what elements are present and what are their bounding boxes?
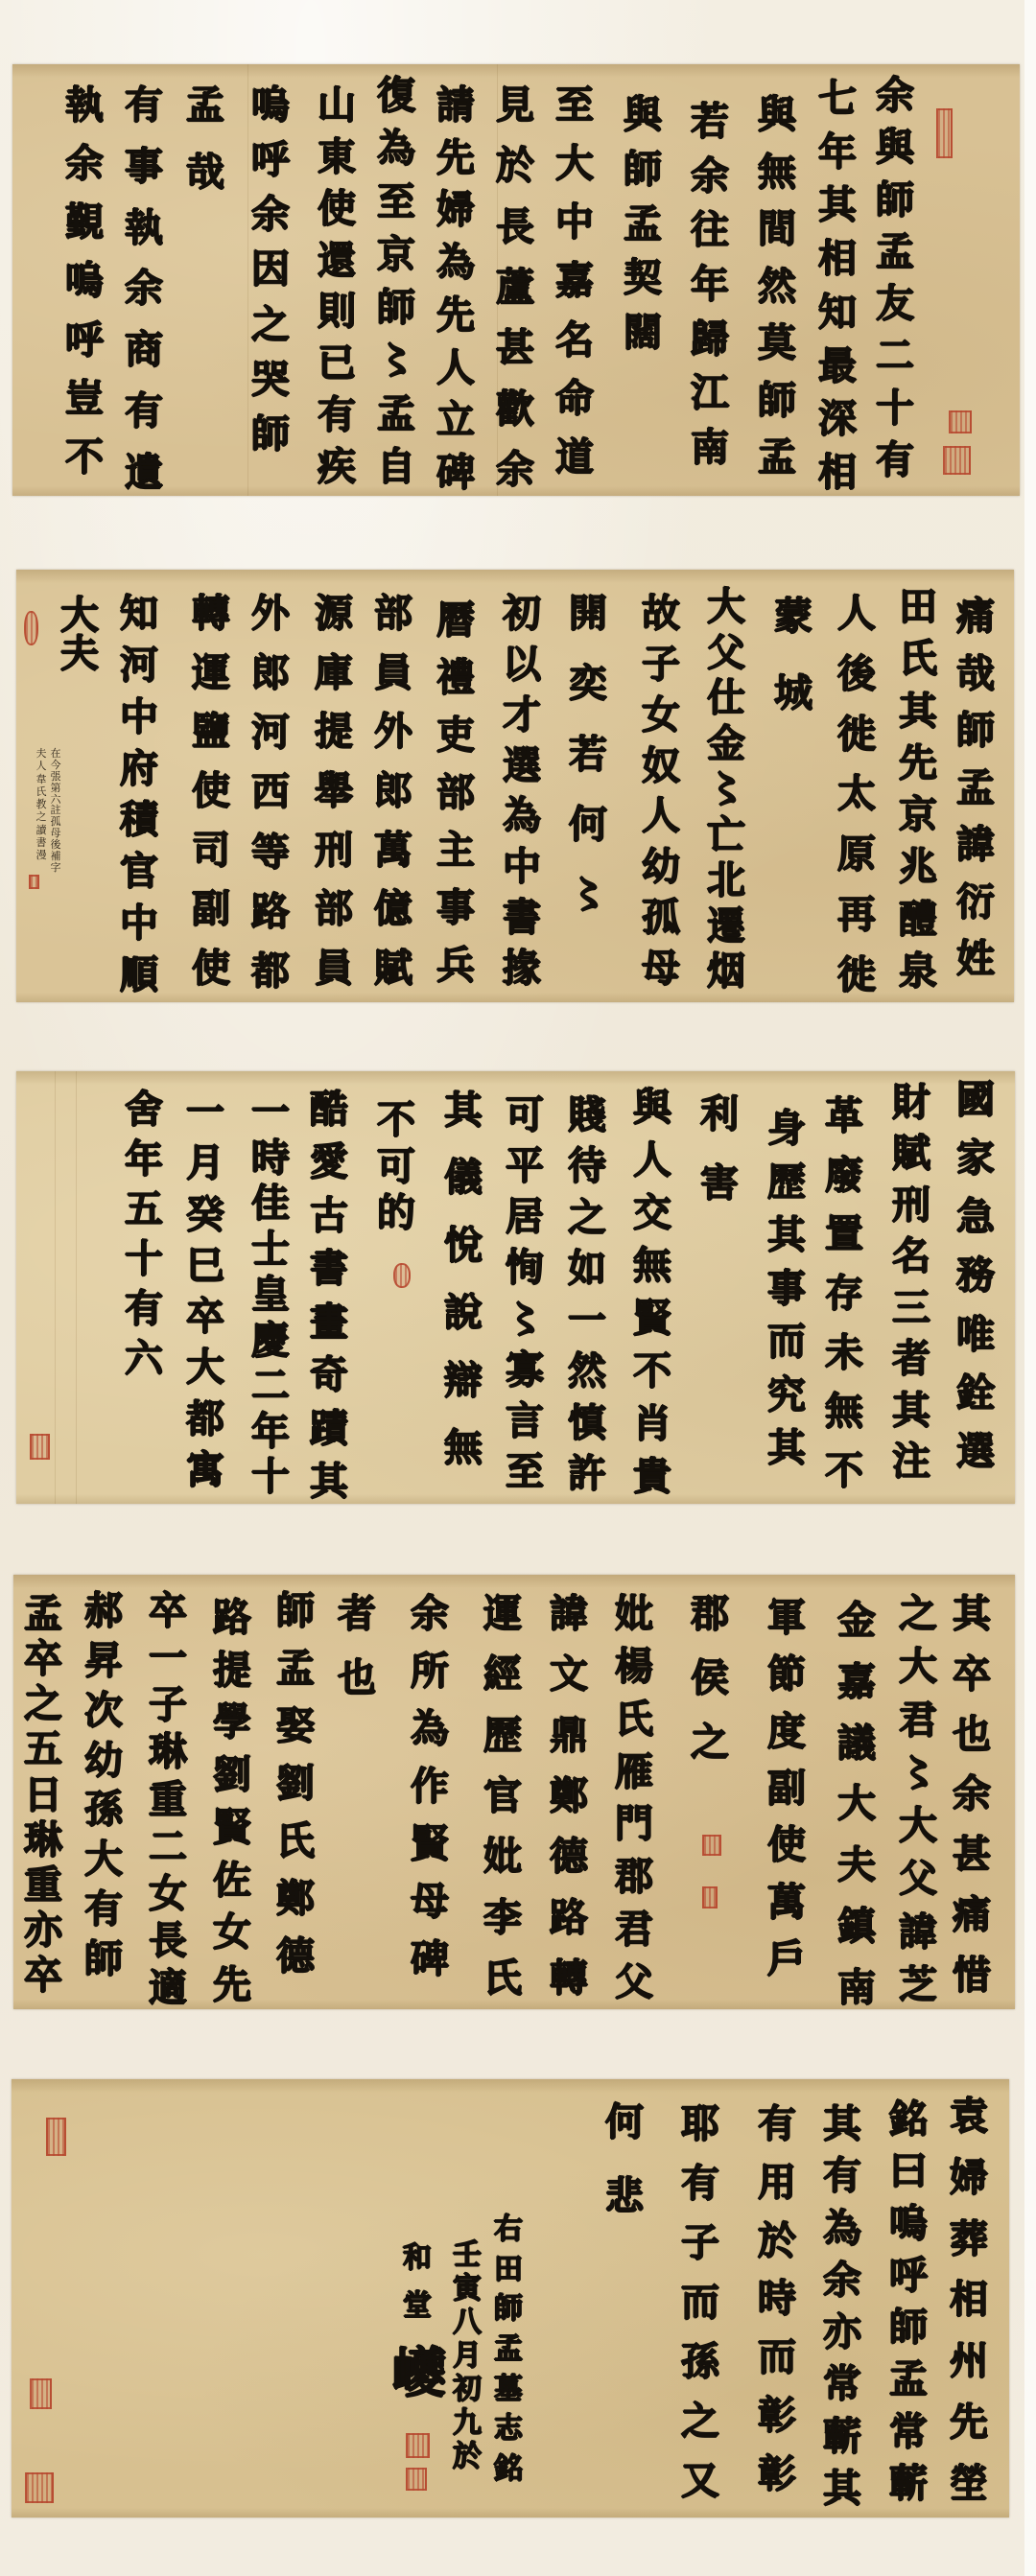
glyph: 戶 (767, 1940, 806, 1979)
glyph: 六 (51, 794, 61, 805)
annotation-column: 夫人韋氏教之讀書漫 (34, 748, 49, 860)
glyph: 人 (436, 349, 475, 387)
glyph: 孟 (889, 2360, 928, 2399)
glyph: 都 (186, 1400, 224, 1439)
glyph: 辯 (444, 1362, 483, 1400)
glyph: 師 (84, 1940, 123, 1979)
glyph: 嗚 (251, 86, 290, 125)
glyph: 於 (496, 147, 534, 185)
glyph: 曰 (889, 2152, 928, 2190)
text-column: 大父仕金〻亡北遷烟 (702, 588, 750, 991)
text-column: 賤待之如一然慎許 (563, 1096, 611, 1493)
glyph: 中 (555, 203, 594, 242)
glyph: 官 (120, 853, 158, 891)
text-column: 可平居恂〻寡言至 (501, 1096, 549, 1491)
glyph: 氏 (899, 640, 937, 678)
seal-stamp-icon (406, 2468, 427, 2491)
text-column: 痛哉師孟諱衍姓 (952, 597, 1000, 978)
glyph: 置 (825, 1215, 863, 1253)
glyph: 君 (899, 1701, 937, 1740)
glyph: 銘 (494, 2455, 523, 2484)
glyph: 亦 (823, 2313, 861, 2352)
colophon-line: 和堂 (400, 2244, 435, 2321)
glyph: 婦 (950, 2159, 988, 2197)
glyph: 甚 (953, 1836, 991, 1874)
glyph: 孟 (24, 1595, 62, 1633)
glyph: 人 (633, 1141, 671, 1180)
glyph: 萬 (374, 831, 412, 870)
glyph: 今 (51, 760, 61, 770)
glyph: 外 (251, 595, 290, 633)
glyph: 舉 (315, 772, 353, 810)
glyph: 其 (823, 2105, 861, 2143)
glyph: 孫 (84, 1791, 123, 1829)
glyph: 故 (642, 595, 680, 633)
glyph: 中 (120, 904, 158, 943)
glyph: 郡 (691, 1595, 729, 1633)
glyph: 佐 (213, 1862, 251, 1900)
text-column: 其儀悅說辯無 (439, 1091, 487, 1467)
glyph: 請 (436, 86, 475, 125)
glyph: 然 (758, 268, 796, 306)
glyph: 平 (506, 1147, 544, 1185)
glyph: 使 (192, 772, 230, 810)
glyph: 重 (149, 1781, 187, 1819)
glyph: 而 (758, 2338, 796, 2377)
text-column: 諱文鼎鄭德路轉 (545, 1595, 593, 1998)
glyph: 五 (125, 1190, 163, 1229)
glyph: 墓 (494, 2376, 523, 2404)
glyph: 部 (436, 774, 475, 812)
glyph: 還 (318, 242, 356, 280)
glyph: 在 (51, 748, 61, 759)
glyph: 仕 (707, 679, 745, 717)
glyph: 因 (251, 250, 290, 289)
glyph: 姓 (956, 940, 995, 978)
text-column: 身歷其事而究其 (763, 1110, 811, 1467)
glyph: 億 (374, 890, 412, 928)
glyph: 父 (615, 1963, 653, 2002)
glyph: 其 (953, 1595, 991, 1633)
text-column: 運經歷官妣李氏 (479, 1595, 527, 1998)
glyph: 言 (506, 1402, 544, 1440)
glyph: 商 (125, 331, 163, 369)
glyph: 〻 (506, 1300, 544, 1339)
glyph: 註 (51, 805, 61, 815)
glyph: 有 (681, 2165, 719, 2203)
glyph: 人 (642, 797, 680, 835)
text-column: 者也 (333, 1595, 381, 1698)
glyph: 兆 (899, 848, 937, 886)
glyph: 與 (758, 96, 796, 134)
glyph: 妣 (483, 1838, 522, 1876)
glyph: 妣 (615, 1595, 653, 1633)
glyph: 不 (825, 1452, 863, 1490)
glyph: 經 (483, 1655, 522, 1694)
glyph: 奇 (310, 1356, 348, 1394)
glyph: 楊 (615, 1648, 653, 1686)
glyph: 氏 (36, 786, 47, 797)
glyph: 轉 (550, 1959, 588, 1998)
text-column: 初以才選為中書掾 (498, 595, 546, 988)
glyph: 有 (758, 2105, 796, 2143)
glyph: 何 (605, 2103, 644, 2142)
glyph: 〻 (707, 770, 745, 808)
glyph: 先 (436, 296, 475, 335)
glyph: 於 (758, 2222, 796, 2260)
glyph: 大 (186, 1348, 224, 1387)
glyph: 務 (956, 1256, 995, 1295)
glyph: 其 (310, 1463, 348, 1501)
glyph: 孟 (758, 438, 796, 477)
scroll-panel-4: 其卒也余甚痛惜 之大君〻大父諱芝 金嘉議大夫鎮南 軍節度副使萬戶 郡侯之 妣楊氏… (13, 1575, 1015, 2009)
glyph: 十 (125, 1240, 163, 1278)
text-column: 山東使還則已有疾 (313, 86, 361, 486)
glyph: 再 (837, 896, 876, 934)
glyph: 補 (51, 851, 61, 861)
glyph: 其 (767, 1429, 806, 1467)
glyph: 為 (503, 797, 541, 835)
glyph: 碑 (411, 1940, 449, 1979)
glyph: 州 (950, 2342, 988, 2380)
glyph: 部 (315, 890, 353, 928)
glyph: 若 (691, 103, 729, 141)
text-column: 若余往年歸江南 (686, 103, 734, 467)
glyph: 選 (956, 1433, 995, 1471)
scroll-panel-1: 余與師孟友二十有 七年其相知最深相 與無間然莫師孟 若余往年歸江南 與師孟契闊 … (12, 64, 1020, 496)
glyph: 司 (192, 831, 230, 870)
glyph: 急 (956, 1198, 995, 1236)
text-column: 財賦刑名三者其注 (887, 1084, 935, 1481)
text-column: 酷愛古書畫奇蹟其 (305, 1090, 353, 1501)
glyph: 儀 (444, 1159, 483, 1197)
glyph: 教 (36, 799, 47, 809)
glyph: 先 (436, 139, 475, 177)
glyph: 鎮 (837, 1908, 876, 1946)
glyph: 最 (818, 347, 857, 386)
glyph: 有 (125, 1290, 163, 1328)
glyph: 蘆 (496, 269, 534, 307)
glyph: 太 (837, 775, 876, 813)
glyph: 人 (36, 761, 47, 771)
text-column: 復為至京師〻孟自 (372, 77, 420, 486)
glyph: 待 (568, 1147, 606, 1185)
glyph: 江 (691, 374, 729, 412)
glyph: 亡 (707, 816, 745, 855)
glyph: 員 (374, 654, 412, 692)
glyph: 賢 (213, 1809, 251, 1847)
glyph: 其 (767, 1216, 806, 1254)
glyph: 恂 (506, 1249, 544, 1287)
glyph: 事 (436, 889, 475, 927)
glyph: 碑 (436, 454, 475, 492)
glyph: 不 (377, 1101, 415, 1139)
glyph: 中 (120, 698, 158, 737)
glyph: 銘 (889, 2100, 928, 2139)
glyph: 一 (251, 1093, 290, 1132)
text-column: 孟哉 (181, 86, 229, 192)
glyph: 豈 (65, 380, 104, 418)
glyph: 南 (691, 429, 729, 467)
glyph: 卒 (24, 1640, 62, 1678)
glyph: 哭 (251, 361, 290, 399)
text-column: 開奕若何〻 (564, 595, 612, 914)
glyph: 鄭 (276, 1880, 315, 1918)
glyph: 書 (36, 837, 47, 848)
glyph: 余 (411, 1595, 449, 1633)
glyph: 大 (707, 588, 745, 626)
glyph: 琳 (24, 1821, 62, 1860)
glyph: 財 (892, 1084, 930, 1122)
glyph: 雁 (615, 1753, 653, 1791)
glyph: 第 (51, 783, 61, 793)
glyph: 員 (315, 949, 353, 988)
glyph: 郡 (615, 1858, 653, 1896)
glyph: 重 (24, 1866, 62, 1905)
glyph: 相 (950, 2281, 988, 2319)
glyph: 年 (125, 1140, 163, 1179)
glyph: 漫 (36, 850, 47, 860)
glyph: 相 (818, 240, 857, 278)
glyph: 以 (503, 645, 541, 684)
glyph: 二 (149, 1828, 187, 1866)
glyph: 夫 (36, 748, 47, 759)
glyph: 之 (899, 1595, 937, 1633)
glyph: 路 (213, 1599, 251, 1637)
glyph: 開 (569, 595, 607, 633)
glyph: 巙 (392, 2347, 446, 2400)
glyph: 河 (120, 646, 158, 685)
glyph: 至 (377, 183, 415, 222)
glyph: 時 (251, 1139, 290, 1178)
glyph: 孤 (51, 816, 61, 827)
glyph: 也 (338, 1659, 376, 1698)
glyph: 余 (496, 451, 534, 489)
glyph: 無 (444, 1429, 483, 1467)
annotation-column: 在今張第六註孤母後補字 (48, 748, 63, 873)
glyph: 悲 (605, 2177, 644, 2215)
glyph: 幼 (84, 1742, 123, 1780)
glyph: 先 (950, 2403, 988, 2442)
glyph: 酷 (310, 1090, 348, 1129)
seal-stamp-icon (943, 446, 971, 475)
glyph: 所 (411, 1652, 449, 1691)
glyph: 其 (899, 692, 937, 731)
glyph: 卒 (953, 1655, 991, 1694)
glyph: 字 (51, 862, 61, 873)
glyph: 究 (767, 1376, 806, 1415)
text-column: 人後徙太原再徙 (833, 595, 881, 995)
glyph: 西 (251, 773, 290, 811)
text-column: 與人交無賢不肖貴 (628, 1089, 676, 1496)
text-column: 卒一子琳重二女長適 (144, 1592, 192, 2007)
glyph: 之 (691, 1723, 729, 1762)
glyph: 蘄 (823, 2418, 861, 2456)
glyph: 國 (956, 1081, 995, 1119)
seal-stamp-icon (30, 1434, 50, 1460)
glyph: 說 (444, 1294, 483, 1332)
glyph: 名 (555, 321, 594, 360)
glyph: 外 (374, 713, 412, 751)
glyph: 身 (767, 1110, 806, 1148)
glyph: 余 (65, 145, 104, 183)
glyph: 曆 (436, 601, 475, 640)
glyph: 嗚 (889, 2205, 928, 2243)
glyph: 等 (251, 833, 290, 872)
glyph: 余 (823, 2261, 861, 2300)
glyph: 復 (377, 77, 415, 115)
glyph: 氏 (276, 1822, 315, 1861)
glyph: 寡 (506, 1351, 544, 1390)
glyph: 余 (876, 77, 914, 115)
glyph: 如 (568, 1250, 606, 1288)
glyph: 田 (494, 2256, 523, 2284)
glyph: 才 (503, 696, 541, 735)
glyph: 有 (823, 2157, 861, 2195)
glyph: 女 (149, 1875, 187, 1913)
text-column: 請先婦為先人立碑 (432, 86, 480, 492)
glyph: 大 (555, 145, 594, 183)
glyph: 郎 (374, 772, 412, 810)
glyph: 而 (767, 1323, 806, 1361)
glyph: 琳 (149, 1733, 187, 1771)
paper-crease (55, 1071, 56, 1504)
glyph: 常 (823, 2365, 861, 2403)
glyph: 嘉 (555, 262, 594, 300)
glyph: 之 (568, 1199, 606, 1237)
glyph: 莫 (758, 324, 796, 363)
glyph: 往 (691, 211, 729, 249)
text-column: 外郎河西等路都 (247, 595, 294, 991)
glyph: 孤 (642, 899, 680, 937)
glyph: 大 (84, 1840, 123, 1879)
glyph: 刑 (892, 1186, 930, 1225)
glyph: 塋 (950, 2465, 988, 2503)
glyph: 年 (818, 133, 857, 172)
glyph: 有 (876, 441, 914, 480)
glyph: 又 (681, 2462, 719, 2500)
text-column: 嗚呼余因之哭師 (247, 86, 294, 454)
glyph: 孟 (276, 1650, 315, 1688)
glyph: 居 (506, 1198, 544, 1236)
glyph: 賢 (411, 1825, 449, 1863)
glyph: 余 (953, 1775, 991, 1814)
glyph: 路 (550, 1899, 588, 1937)
text-column: 見於長蘆甚歡余 (491, 86, 539, 489)
glyph: 諱 (550, 1595, 588, 1633)
glyph: 不 (65, 438, 104, 477)
glyph: 慎 (568, 1404, 606, 1442)
glyph: 道 (555, 438, 594, 477)
glyph: 癸 (186, 1196, 224, 1234)
glyph: 氏 (615, 1700, 653, 1739)
glyph: 交 (633, 1194, 671, 1232)
glyph: 先 (899, 744, 937, 783)
glyph: 與 (876, 129, 914, 167)
glyph: 時 (758, 2280, 796, 2318)
glyph: 兵 (436, 947, 475, 985)
glyph: 十 (876, 389, 914, 428)
glyph: 孟 (956, 769, 995, 808)
glyph: 師 (956, 712, 995, 750)
glyph: 師 (251, 415, 290, 454)
glyph: 無 (633, 1247, 671, 1285)
glyph: 銓 (956, 1374, 995, 1413)
glyph: 不 (633, 1352, 671, 1391)
glyph: 子 (149, 1686, 187, 1724)
glyph: 師 (889, 2308, 928, 2347)
glyph: 志 (494, 2415, 523, 2444)
glyph: 與 (633, 1089, 671, 1127)
glyph: 中 (503, 848, 541, 886)
glyph: 孟 (624, 205, 662, 244)
glyph: 也 (953, 1716, 991, 1754)
glyph: 余 (251, 196, 290, 234)
glyph: 文 (550, 1655, 588, 1694)
glyph: 書 (310, 1250, 348, 1288)
glyph: 者 (892, 1340, 930, 1378)
glyph: 嘉 (837, 1663, 876, 1701)
glyph: 夫 (837, 1846, 876, 1885)
glyph: 家 (956, 1139, 995, 1178)
glyph: 之 (36, 811, 47, 822)
glyph: 源 (315, 595, 353, 633)
page-edge (1024, 0, 1036, 2576)
glyph: 五 (24, 1730, 62, 1768)
glyph: 孟 (186, 86, 224, 125)
glyph: 京 (377, 236, 415, 274)
glyph: 部 (374, 595, 412, 633)
glyph: 自 (377, 448, 415, 486)
glyph: 蘄 (889, 2465, 928, 2503)
text-column: 郝昇次幼孫大有師 (80, 1592, 128, 1979)
glyph: 有 (125, 86, 163, 125)
glyph: 君 (615, 1910, 653, 1949)
glyph: 六 (125, 1340, 163, 1378)
glyph: 原 (837, 835, 876, 874)
glyph: 耶 (681, 2105, 719, 2143)
glyph: 七 (818, 80, 857, 118)
glyph: 後 (51, 839, 61, 850)
glyph: 初 (503, 595, 541, 633)
glyph: 二 (876, 337, 914, 375)
scroll-panel-5: 袁婦葬相州先塋 銘曰嗚呼師孟常蘄 其有為余亦常蘄其 有用於時而彰彰 耶有子而孫之… (12, 2079, 1009, 2517)
glyph: 者 (338, 1595, 376, 1633)
glyph: 泉 (899, 952, 937, 991)
glyph: 書 (503, 899, 541, 937)
glyph: 郝 (84, 1592, 123, 1630)
glyph: 相 (818, 454, 857, 492)
glyph: 哉 (956, 655, 995, 693)
glyph: 與 (624, 96, 662, 134)
glyph: 日 (24, 1776, 62, 1815)
glyph: 歸 (691, 320, 729, 359)
glyph: 〻 (377, 341, 415, 380)
glyph: 孟 (876, 233, 914, 271)
text-column: 轉運鹽使司副使 (187, 595, 235, 988)
text-column: 余與師孟友二十有 (871, 77, 919, 480)
glyph: 南 (837, 1969, 876, 2007)
glyph: 氏 (483, 1959, 522, 1998)
glyph: 郎 (251, 654, 290, 692)
scroll-panel-3: 國家急務唯銓選 財賦刑名三者其注 革廢置存未無不 身歷其事而究其 利害 與人交無… (16, 1071, 1015, 1504)
glyph: 夫 (60, 635, 99, 673)
text-column: 袁婦葬相州先塋 (945, 2097, 993, 2503)
glyph: 賤 (568, 1096, 606, 1135)
seal-stamp-icon (25, 2472, 54, 2503)
glyph: 李 (483, 1899, 522, 1937)
glyph: 奕 (569, 665, 607, 703)
